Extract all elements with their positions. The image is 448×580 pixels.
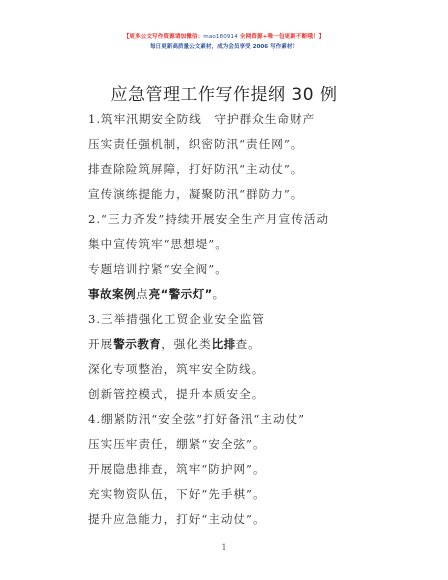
section-heading-2: 2.“三力齐发”持续开展安全生产月宣传活动 xyxy=(88,209,388,234)
regular-text: 点 xyxy=(136,287,149,301)
body-line-bold-mixed: 开展警示教育，强化类比排查。 xyxy=(88,334,388,359)
promo-banner-line-2: 每日更新高质量公文素材，成为会员享受 2006 写作素材！ xyxy=(0,42,448,50)
section-heading-4: 4.绷紧防汛“安全弦”打好备汛“主动仗” xyxy=(88,409,388,434)
page-number: 1 xyxy=(0,543,448,552)
promo-text-open: 【更多公文写作资源请加微信： xyxy=(124,34,204,40)
body-line: 创新管控模式，提升本质安全。 xyxy=(88,384,388,409)
body-line: 开展隐患排查，筑牢“防护网”。 xyxy=(88,459,388,484)
body-line: 集中宣传筑牢“思想堤”。 xyxy=(88,234,388,259)
promo-wechat-id: mao180914 xyxy=(203,34,238,40)
body-line: 排查除险筑屏障，打好防汛“主动仗”。 xyxy=(88,159,388,184)
body-line: 充实物资队伍，下好“先手棋”。 xyxy=(88,484,388,509)
body-line: 压实压牢责任，绷紧“安全弦”。 xyxy=(88,434,388,459)
body-line: 提升应急能力，打好“主动仗”。 xyxy=(88,509,388,534)
section-heading-1: 1.筑牢汛期安全防线 守护群众生命财产 xyxy=(88,109,388,134)
regular-text: 开展 xyxy=(88,337,113,351)
bold-text: 亮“警示灯” xyxy=(149,287,213,301)
regular-text: 查。 xyxy=(236,337,261,351)
regular-text: 。 xyxy=(213,287,226,301)
bold-text: 事故案例 xyxy=(88,287,136,301)
promo-banner-line-1: 【更多公文写作资源请加微信：mao180914 全网资源+唯一包更新不断哦！】 xyxy=(0,32,448,40)
bold-text: 警示教育 xyxy=(113,337,161,351)
bold-text: 比排 xyxy=(212,337,236,351)
regular-text: ，强化类 xyxy=(161,337,211,351)
body-line: 专题培训拧紧“安全阀”。 xyxy=(88,259,388,284)
section-heading-3: 3.三举措强化工贸企业安全监管 xyxy=(88,309,388,334)
promo-text-close: 全网资源+唯一包更新不断哦！】 xyxy=(238,34,325,40)
body-line: 深化专项整治，筑牢安全防线。 xyxy=(88,359,388,384)
document-title: 应急管理工作写作提纲 30 例 xyxy=(0,80,448,105)
body-line: 宣传演练提能力，凝聚防汛“群防力”。 xyxy=(88,184,388,209)
body-line-bold-mixed: 事故案例点亮“警示灯”。 xyxy=(88,284,388,309)
body-line: 压实责任强机制，织密防汛“责任网”。 xyxy=(88,134,388,159)
document-page: 【更多公文写作资源请加微信：mao180914 全网资源+唯一包更新不断哦！】 … xyxy=(0,0,448,580)
document-body: 1.筑牢汛期安全防线 守护群众生命财产 压实责任强机制，织密防汛“责任网”。 排… xyxy=(88,109,388,534)
